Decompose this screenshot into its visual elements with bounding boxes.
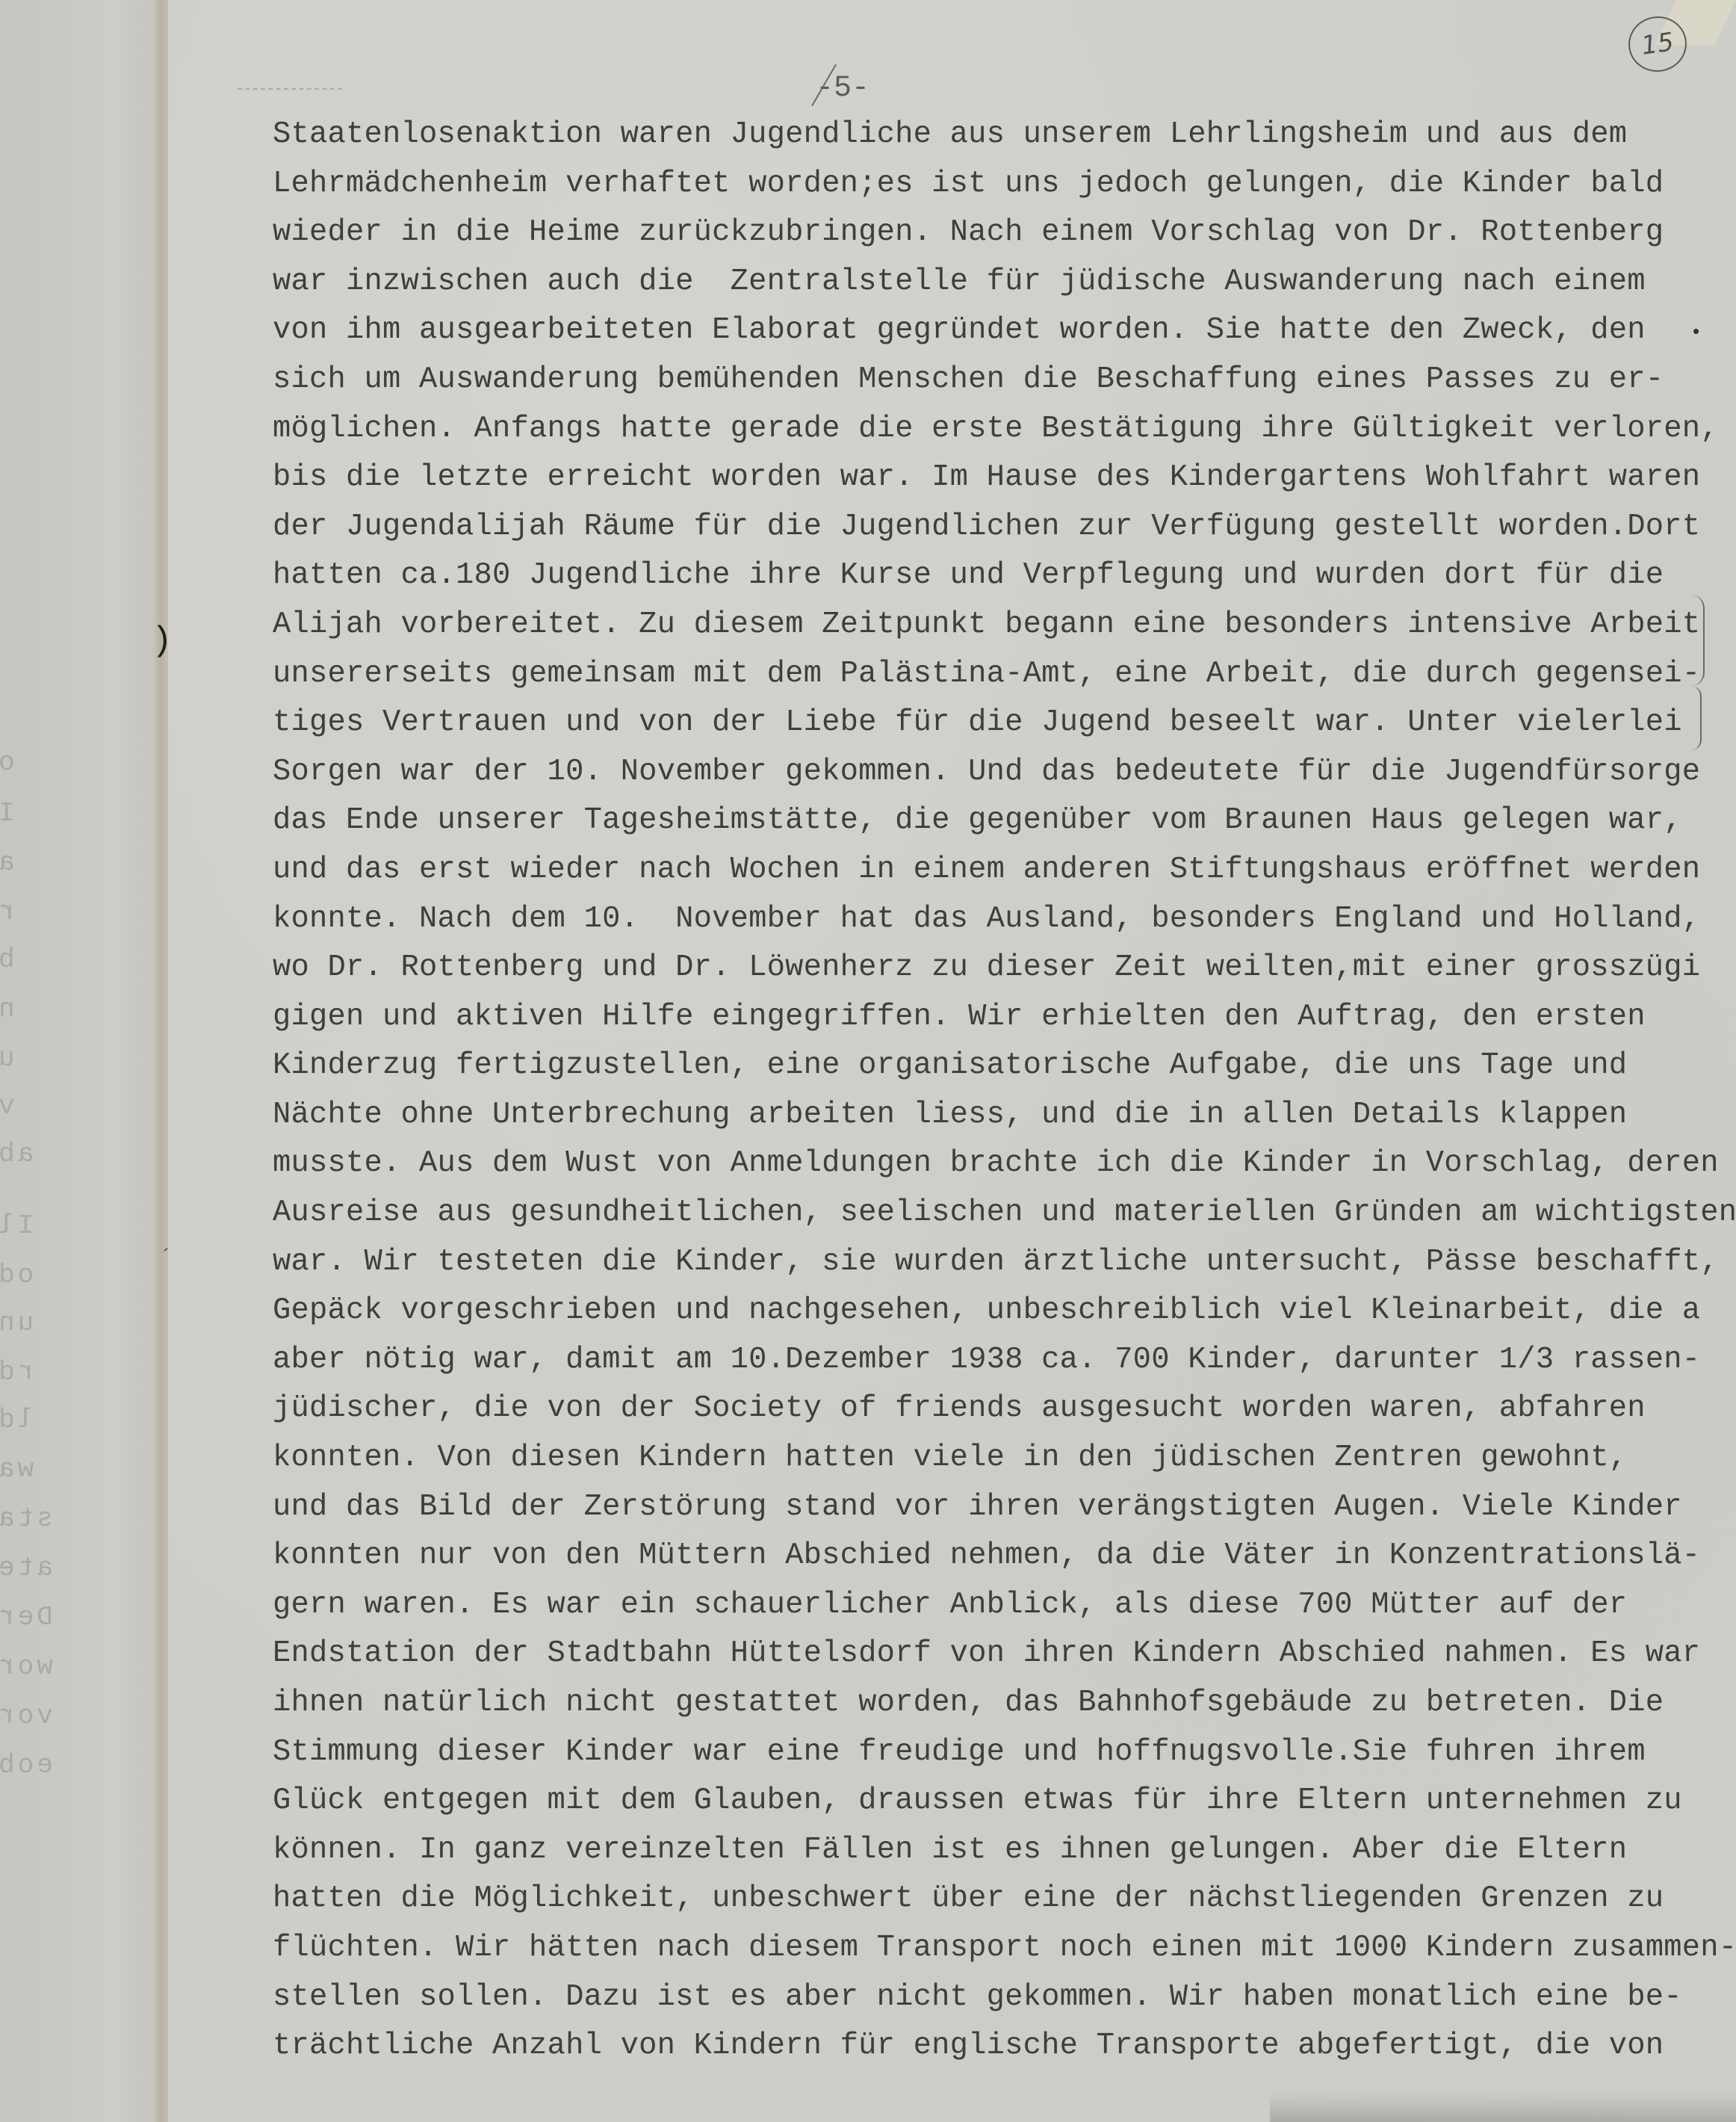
text-line: Sorgen war der 10. November gekommen. Un… (273, 748, 1736, 797)
text-line: Ausreise aus gesundheitlichen, seelische… (273, 1189, 1736, 1238)
text-line: bis die letzte erreicht worden war. Im H… (273, 454, 1736, 503)
text-line: wieder in die Heime zurückzubringen. Nac… (273, 208, 1736, 258)
text-line: hatten die Möglichkeit, unbeschwert über… (273, 1875, 1736, 1924)
text-line: sich um Auswanderung bemühenden Menschen… (273, 356, 1736, 405)
typed-body-text: Staatenlosenaktion waren Jugendliche aus… (273, 111, 1736, 2071)
text-line: konnten nur von den Müttern Abschied neh… (273, 1532, 1736, 1581)
page-marker: -5- (816, 72, 869, 105)
text-line: Endstation der Stadtbahn Hüttelsdorf von… (273, 1630, 1736, 1679)
ruled-mark (238, 88, 342, 91)
bleed-char: I (0, 798, 15, 829)
bleed-char: n (0, 994, 15, 1024)
facing-page: o I a r b n u v ab Il od un rd ld wa sta… (0, 0, 168, 2122)
text-line: Alijah vorbereitet. Zu diesem Zeitpunkt … (273, 601, 1736, 650)
bleed-char: rd (0, 1357, 34, 1388)
text-line: Nächte ohne Unterbrechung arbeiten liess… (273, 1091, 1736, 1140)
text-line: flüchten. Wir hätten nach diesem Transpo… (273, 1924, 1736, 1973)
text-line: und das Bild der Zerstörung stand vor ih… (273, 1483, 1736, 1532)
bleed-char: o (0, 747, 15, 778)
text-line: können. In ganz vereinzelten Fällen ist … (273, 1826, 1736, 1875)
text-line: konnte. Nach dem 10. November hat das Au… (273, 895, 1736, 944)
bleed-char: v (0, 1091, 15, 1122)
tick-mark-icon: ´ (159, 1246, 173, 1272)
text-line: Lehrmädchenheim verhaftet worden;es ist … (273, 160, 1736, 209)
text-line: gigen und aktiven Hilfe eingegriffen. Wi… (273, 993, 1736, 1042)
text-line: Stimmung dieser Kinder war eine freudige… (273, 1728, 1736, 1778)
text-line: konnten. Von diesen Kindern hatten viele… (273, 1434, 1736, 1483)
bleed-char: a (0, 847, 15, 878)
text-line: Kinderzug fertigzustellen, eine organisa… (273, 1042, 1736, 1091)
text-line: Staatenlosenaktion waren Jugendliche aus… (273, 111, 1736, 160)
bleed-char: ld (0, 1405, 34, 1435)
bleed-char: b (0, 944, 15, 975)
text-line: war. Wir testeten die Kinder, sie wurden… (273, 1238, 1736, 1287)
text-line: der Jugendalijah Räume für die Jugendlic… (273, 503, 1736, 552)
bleed-char: vor (0, 1701, 53, 1731)
text-line: musste. Aus dem Wust von Anmeldungen bra… (273, 1139, 1736, 1189)
text-line: jüdischer, die von der Society of friend… (273, 1385, 1736, 1434)
text-line: Glück entgegen mit dem Glauben, draussen… (273, 1777, 1736, 1826)
bleed-char: ate (0, 1553, 53, 1583)
text-line: war inzwischen auch die Zentralstelle fü… (273, 258, 1736, 307)
bleed-char: un (0, 1308, 34, 1338)
bleed-char: od (0, 1260, 34, 1290)
text-line: wo Dr. Rottenberg und Dr. Löwenherz zu d… (273, 944, 1736, 993)
bleed-char: sta (0, 1503, 53, 1534)
text-line: ihnen natürlich nicht gestattet worden, … (273, 1679, 1736, 1728)
text-line: unsererseits gemeinsam mit dem Palästina… (273, 650, 1736, 699)
text-line: möglichen. Anfangs hatte gerade die erst… (273, 405, 1736, 454)
text-line: und das erst wieder nach Wochen in einem… (273, 846, 1736, 895)
text-line: trächtliche Anzahl von Kindern für engli… (273, 2022, 1736, 2071)
text-line: von ihm ausgearbeiteten Elaborat gegründ… (273, 306, 1736, 356)
bleed-char: u (0, 1043, 15, 1074)
bleed-char: ab (0, 1139, 34, 1169)
text-line: gern waren. Es war ein schauerlicher Anb… (273, 1581, 1736, 1630)
bracket-mark-icon: ) (152, 622, 173, 661)
bleed-char: wor (0, 1651, 53, 1682)
text-line: das Ende unserer Tagesheimstätte, die ge… (273, 796, 1736, 846)
text-line: stellen sollen. Dazu ist es aber nicht g… (273, 1973, 1736, 2023)
bleed-char: r (0, 897, 15, 927)
bleed-char: Il (0, 1210, 34, 1241)
text-line: aber nötig war, damit am 10.Dezember 193… (273, 1336, 1736, 1385)
bleed-char: eob (0, 1750, 53, 1781)
text-line: hatten ca.180 Jugendliche ihre Kurse und… (273, 551, 1736, 601)
text-line: tiges Vertrauen und von der Liebe für di… (273, 699, 1736, 748)
page-edge-shadow (1270, 2092, 1736, 2122)
text-line: Gepäck vorgeschrieben und nachgesehen, u… (273, 1287, 1736, 1336)
bleed-char: Der (0, 1602, 53, 1633)
bleed-through-text: o I a r b n u v ab Il od un rd ld wa sta… (0, 0, 90, 2122)
page-fold (153, 0, 170, 2122)
bleed-char: wa (0, 1454, 34, 1485)
